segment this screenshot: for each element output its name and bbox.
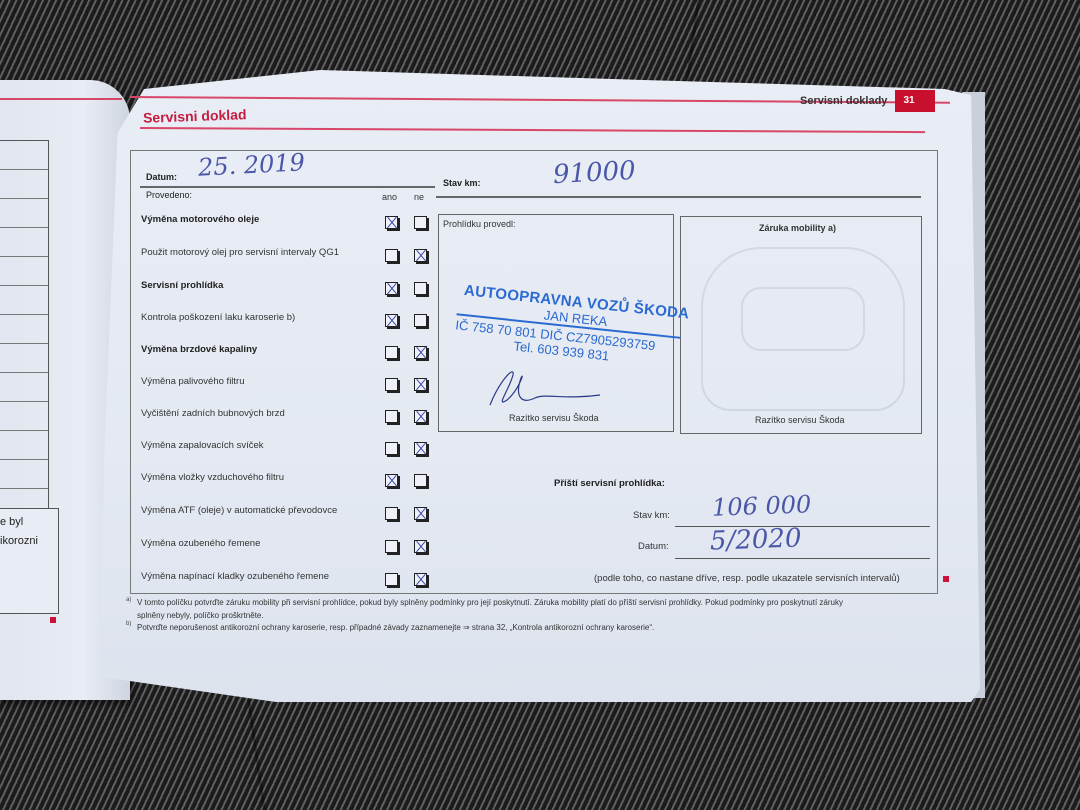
checkbox-ano[interactable]: [385, 573, 398, 586]
service-item-row: Servisní prohlídka: [141, 280, 441, 300]
checkbox-ne[interactable]: [414, 249, 427, 262]
checkbox-ano[interactable]: [385, 410, 398, 423]
service-item-label: Výměna ozubeného řemene: [141, 538, 260, 549]
service-item-row: Výměna vložky vzduchového filtru: [141, 472, 441, 492]
signature-icon: [485, 360, 605, 410]
checkbox-ano[interactable]: [385, 314, 398, 327]
next-service-title: Příští servisní prohlídka:: [554, 478, 665, 489]
service-item-label: Výměna ATF (oleje) v automatické převodo…: [141, 505, 337, 516]
stamp-caption: Razítko servisu Škoda: [509, 413, 599, 423]
checkbox-ne[interactable]: [414, 378, 427, 391]
end-marker: [943, 576, 949, 582]
mobility-box: Záruka mobility a) Razítko servisu Škoda: [680, 216, 922, 434]
service-item-label: Výměna zapalovacích svíček: [141, 440, 264, 451]
checkbox-ano[interactable]: [385, 282, 398, 295]
checkbox-ne[interactable]: [414, 314, 427, 327]
checkbox-ne[interactable]: [414, 410, 427, 423]
inspection-label: Prohlídku provedl:: [443, 219, 516, 229]
page-header: Servisni doklady 31: [800, 90, 935, 112]
stav-km-label: Stav km:: [443, 178, 481, 188]
checkbox-ano[interactable]: [385, 507, 398, 520]
red-rule: [0, 98, 122, 100]
next-stav-km-value[interactable]: 106 000: [712, 490, 812, 521]
left-page-note: e byl ikorozni: [0, 508, 59, 614]
footnote-a: V tomto políčku potvrďte záruku mobility…: [137, 598, 843, 607]
next-datum-label: Datum:: [638, 541, 669, 552]
checkbox-ne[interactable]: [414, 216, 427, 229]
service-item-label: Servisní prohlídka: [141, 280, 223, 291]
footnote-mark: b): [126, 621, 131, 627]
footnote-b: Potvrďte neporušenost antikorozní ochran…: [137, 623, 654, 632]
service-item-row: Kontrola poškození laku karoserie b): [141, 312, 441, 332]
footnote-mark: a): [126, 597, 131, 603]
checkbox-ne[interactable]: [414, 573, 427, 586]
service-item-label: Výměna brzdové kapaliny: [141, 344, 257, 355]
service-item-row: Výměna ozubeného řemene: [141, 538, 441, 558]
note-line: e byl: [0, 513, 58, 532]
checkbox-ano[interactable]: [385, 540, 398, 553]
end-marker: [50, 617, 56, 623]
service-item-row: Vyčištění zadních bubnových brzd: [141, 408, 441, 428]
section-title: Servisni doklady: [800, 95, 887, 107]
next-datum-value[interactable]: 5/2020: [710, 523, 802, 556]
service-item-label: Výměna motorového oleje: [141, 214, 259, 225]
note-line: ikorozni: [0, 532, 58, 551]
column-no: ne: [414, 192, 424, 202]
service-item-label: Výměna palivového filtru: [141, 376, 245, 387]
divider: [436, 196, 921, 198]
checkbox-ne[interactable]: [414, 282, 427, 295]
checkbox-ano[interactable]: [385, 249, 398, 262]
checkbox-ne[interactable]: [414, 442, 427, 455]
checkbox-ne[interactable]: [414, 540, 427, 553]
datum-value[interactable]: 25. 2019: [197, 148, 305, 182]
service-item-label: Vyčištění zadních bubnových brzd: [141, 408, 285, 419]
service-item-row: Výměna napínací kladky ozubeného řemene: [141, 571, 441, 591]
checkbox-ano[interactable]: [385, 346, 398, 359]
divider: [675, 558, 930, 559]
service-item-row: Výměna zapalovacích svíček: [141, 440, 441, 460]
checkbox-ano[interactable]: [385, 378, 398, 391]
page-number: 31: [895, 90, 935, 112]
checkbox-ne[interactable]: [414, 346, 427, 359]
service-item-row: Použit motorový olej pro servisní interv…: [141, 247, 441, 267]
checkbox-ano[interactable]: [385, 216, 398, 229]
checkbox-ne[interactable]: [414, 507, 427, 520]
footnote-a-cont: splněny nebyly, políčko proškrtněte.: [137, 611, 264, 620]
provedeno-label: Provedeno:: [146, 190, 192, 200]
service-item-label: Kontrola poškození laku karoserie b): [141, 312, 295, 323]
checkbox-ano[interactable]: [385, 442, 398, 455]
car-watermark-icon: [741, 287, 865, 351]
next-stav-km-label: Stav km:: [633, 510, 670, 521]
divider: [140, 186, 435, 188]
stav-km-value[interactable]: 91000: [552, 156, 636, 190]
mobility-title: Záruka mobility a): [759, 223, 836, 233]
service-item-row: Výměna palivového filtru: [141, 376, 441, 396]
service-item-label: Použit motorový olej pro servisní interv…: [141, 247, 339, 258]
checkbox-ano[interactable]: [385, 474, 398, 487]
service-item-row: Výměna brzdové kapaliny: [141, 344, 441, 364]
datum-label: Datum:: [146, 172, 177, 182]
checkbox-ne[interactable]: [414, 474, 427, 487]
service-item-label: Výměna vložky vzduchového filtru: [141, 472, 284, 483]
column-yes: ano: [382, 192, 397, 202]
stamp-caption: Razítko servisu Škoda: [755, 415, 845, 425]
service-item-row: Výměna motorového oleje: [141, 214, 441, 234]
interval-note: (podle toho, co nastane dříve, resp. pod…: [594, 573, 900, 584]
seat-seam: [247, 700, 265, 810]
service-item-row: Výměna ATF (oleje) v automatické převodo…: [141, 505, 441, 525]
service-item-label: Výměna napínací kladky ozubeného řemene: [141, 571, 329, 582]
